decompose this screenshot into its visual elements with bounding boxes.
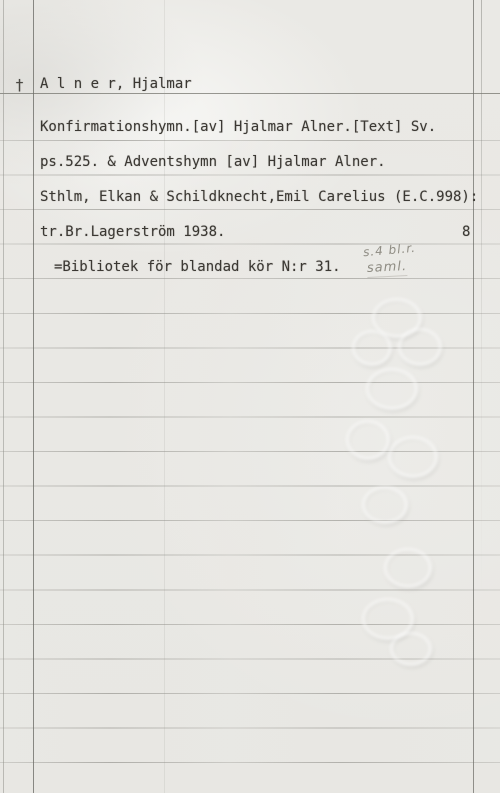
catalog-card: † A l n e r, Hjalmar Konfirmationshymn.[… xyxy=(0,0,500,793)
embossed-stamp xyxy=(346,420,390,460)
right-margin-line xyxy=(473,0,474,793)
page-number: 8 xyxy=(462,224,470,241)
dagger-marker: † xyxy=(15,77,24,94)
handwritten-note: saml. xyxy=(367,259,408,278)
embossed-stamp xyxy=(352,330,392,366)
embossed-stamp xyxy=(398,328,442,366)
left-margin-line xyxy=(33,0,34,793)
header-rule xyxy=(0,93,500,94)
embossed-stamp xyxy=(388,436,438,478)
right-edge-line xyxy=(481,0,482,793)
embossed-stamp xyxy=(390,632,432,666)
entry-line: tr.Br.Lagerström 1938. xyxy=(40,224,225,241)
embossed-stamp xyxy=(372,298,422,338)
entry-line: Sthlm, Elkan & Schildknecht,Emil Careliu… xyxy=(40,189,478,206)
embossed-stamp xyxy=(362,598,414,640)
embossed-stamp xyxy=(362,486,408,524)
entry-line: Konfirmationshymn.[av] Hjalmar Alner.[Te… xyxy=(40,119,436,136)
entry-line: =Bibliotek för blandad kör N:r 31. xyxy=(54,259,341,276)
embossed-stamp xyxy=(384,548,432,588)
handwritten-note: s.4 bl.r. xyxy=(362,241,416,260)
entry-line: ps.525. & Adventshymn [av] Hjalmar Alner… xyxy=(40,154,386,171)
left-edge-line xyxy=(3,0,4,793)
embossed-stamp xyxy=(366,368,418,410)
catalog-heading: A l n e r, Hjalmar xyxy=(40,76,192,93)
